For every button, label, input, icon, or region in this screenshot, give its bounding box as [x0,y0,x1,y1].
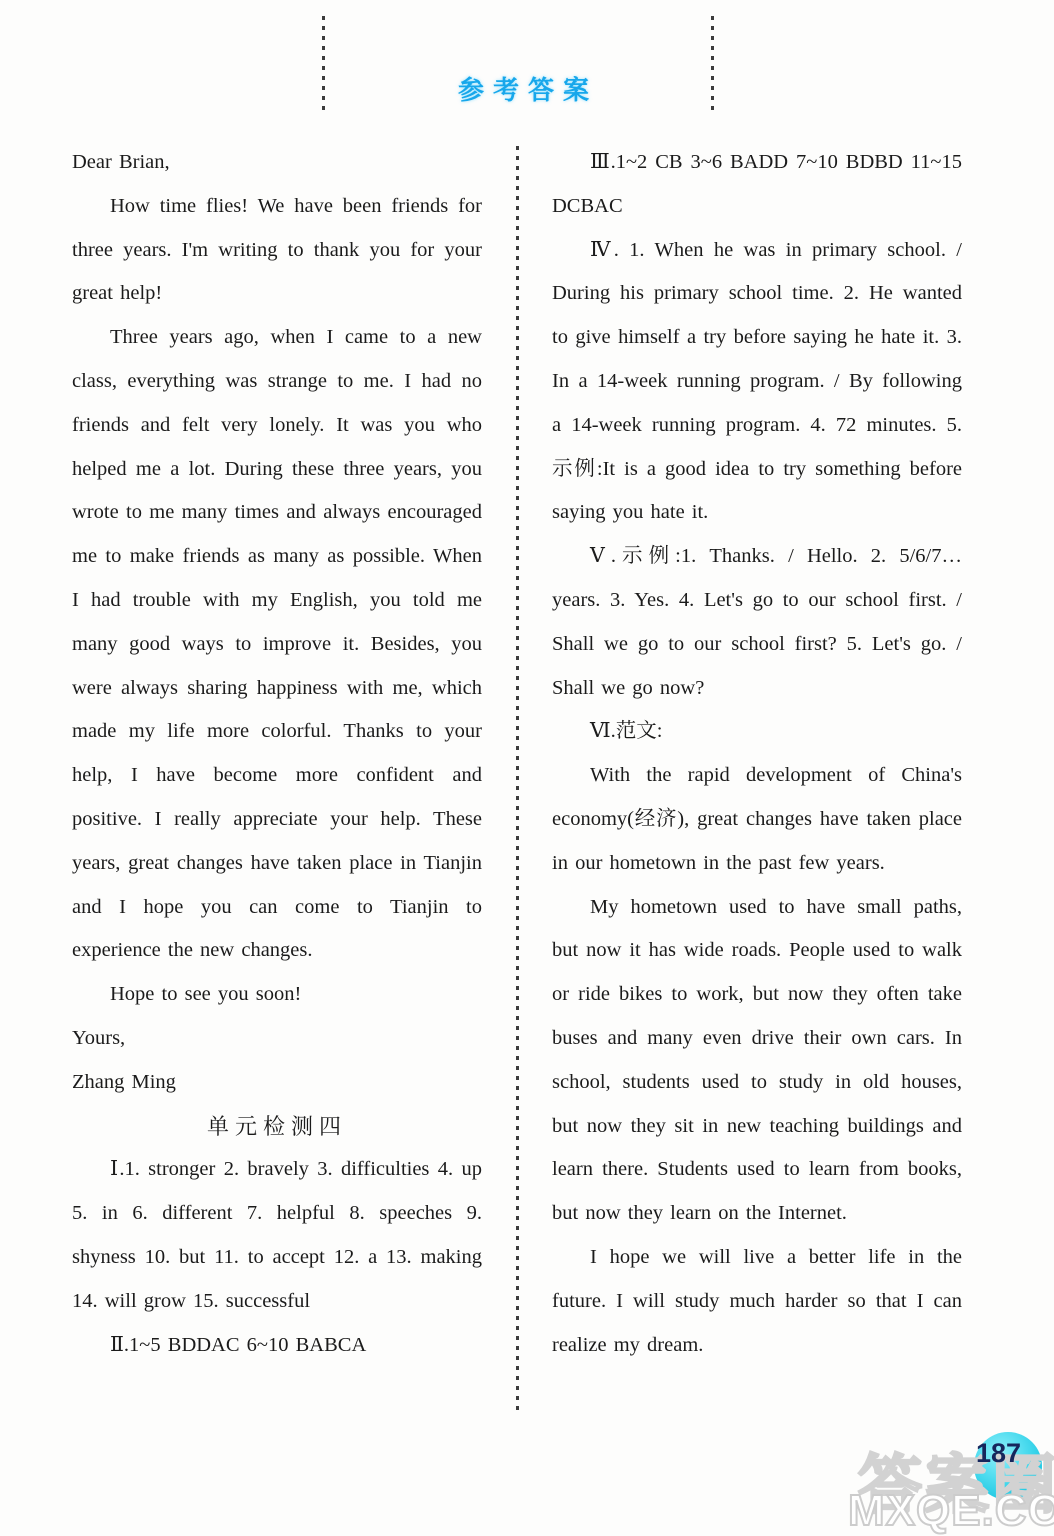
page-title: 参考答案 [458,70,598,107]
section-1-answers: Ⅰ.1. stronger 2. bravely 3. difficulties… [72,1148,482,1323]
letter-paragraph-3: Hope to see you soon! [72,973,482,1017]
letter-paragraph-2: Three years ago, when I came to a new cl… [72,316,482,973]
column-divider-dotted-rule [516,146,519,1412]
header-dotted-rule-left [322,16,325,114]
letter-signature: Zhang Ming [72,1061,482,1105]
unit-test-heading: 单元检测四 [72,1105,482,1149]
section-5-answers: Ⅴ.示例:1. Thanks. / Hello. 2. 5/6/7… years… [552,535,962,710]
essay-paragraph-1: With the rapid development of China's ec… [552,754,962,885]
section-4-answers: Ⅳ. 1. When he was in primary school. / D… [552,229,962,536]
section-6-label: Ⅵ.范文: [552,710,962,754]
essay-paragraph-2: My hometown used to have small paths, bu… [552,886,962,1236]
letter-closing: Yours, [72,1017,482,1061]
letter-salutation: Dear Brian, [72,141,482,185]
answer-key-page: 参考答案 Dear Brian, How time flies! We have… [0,0,1054,1536]
section-2-answers: Ⅱ.1~5 BDDAC 6~10 BABCA [72,1324,482,1368]
section-3-answers: Ⅲ.1~2 CB 3~6 BADD 7~10 BDBD 11~15 DCBAC [552,141,962,229]
watermark-site: MXQE.COM [848,1486,1054,1536]
left-column: Dear Brian, How time flies! We have been… [72,141,482,1367]
header-dotted-rule-right [711,16,714,114]
essay-paragraph-3: I hope we will live a better life in the… [552,1236,962,1367]
right-column: Ⅲ.1~2 CB 3~6 BADD 7~10 BDBD 11~15 DCBAC … [552,141,962,1367]
page-number: 187 [976,1438,1021,1469]
letter-paragraph-1: How time flies! We have been friends for… [72,185,482,316]
